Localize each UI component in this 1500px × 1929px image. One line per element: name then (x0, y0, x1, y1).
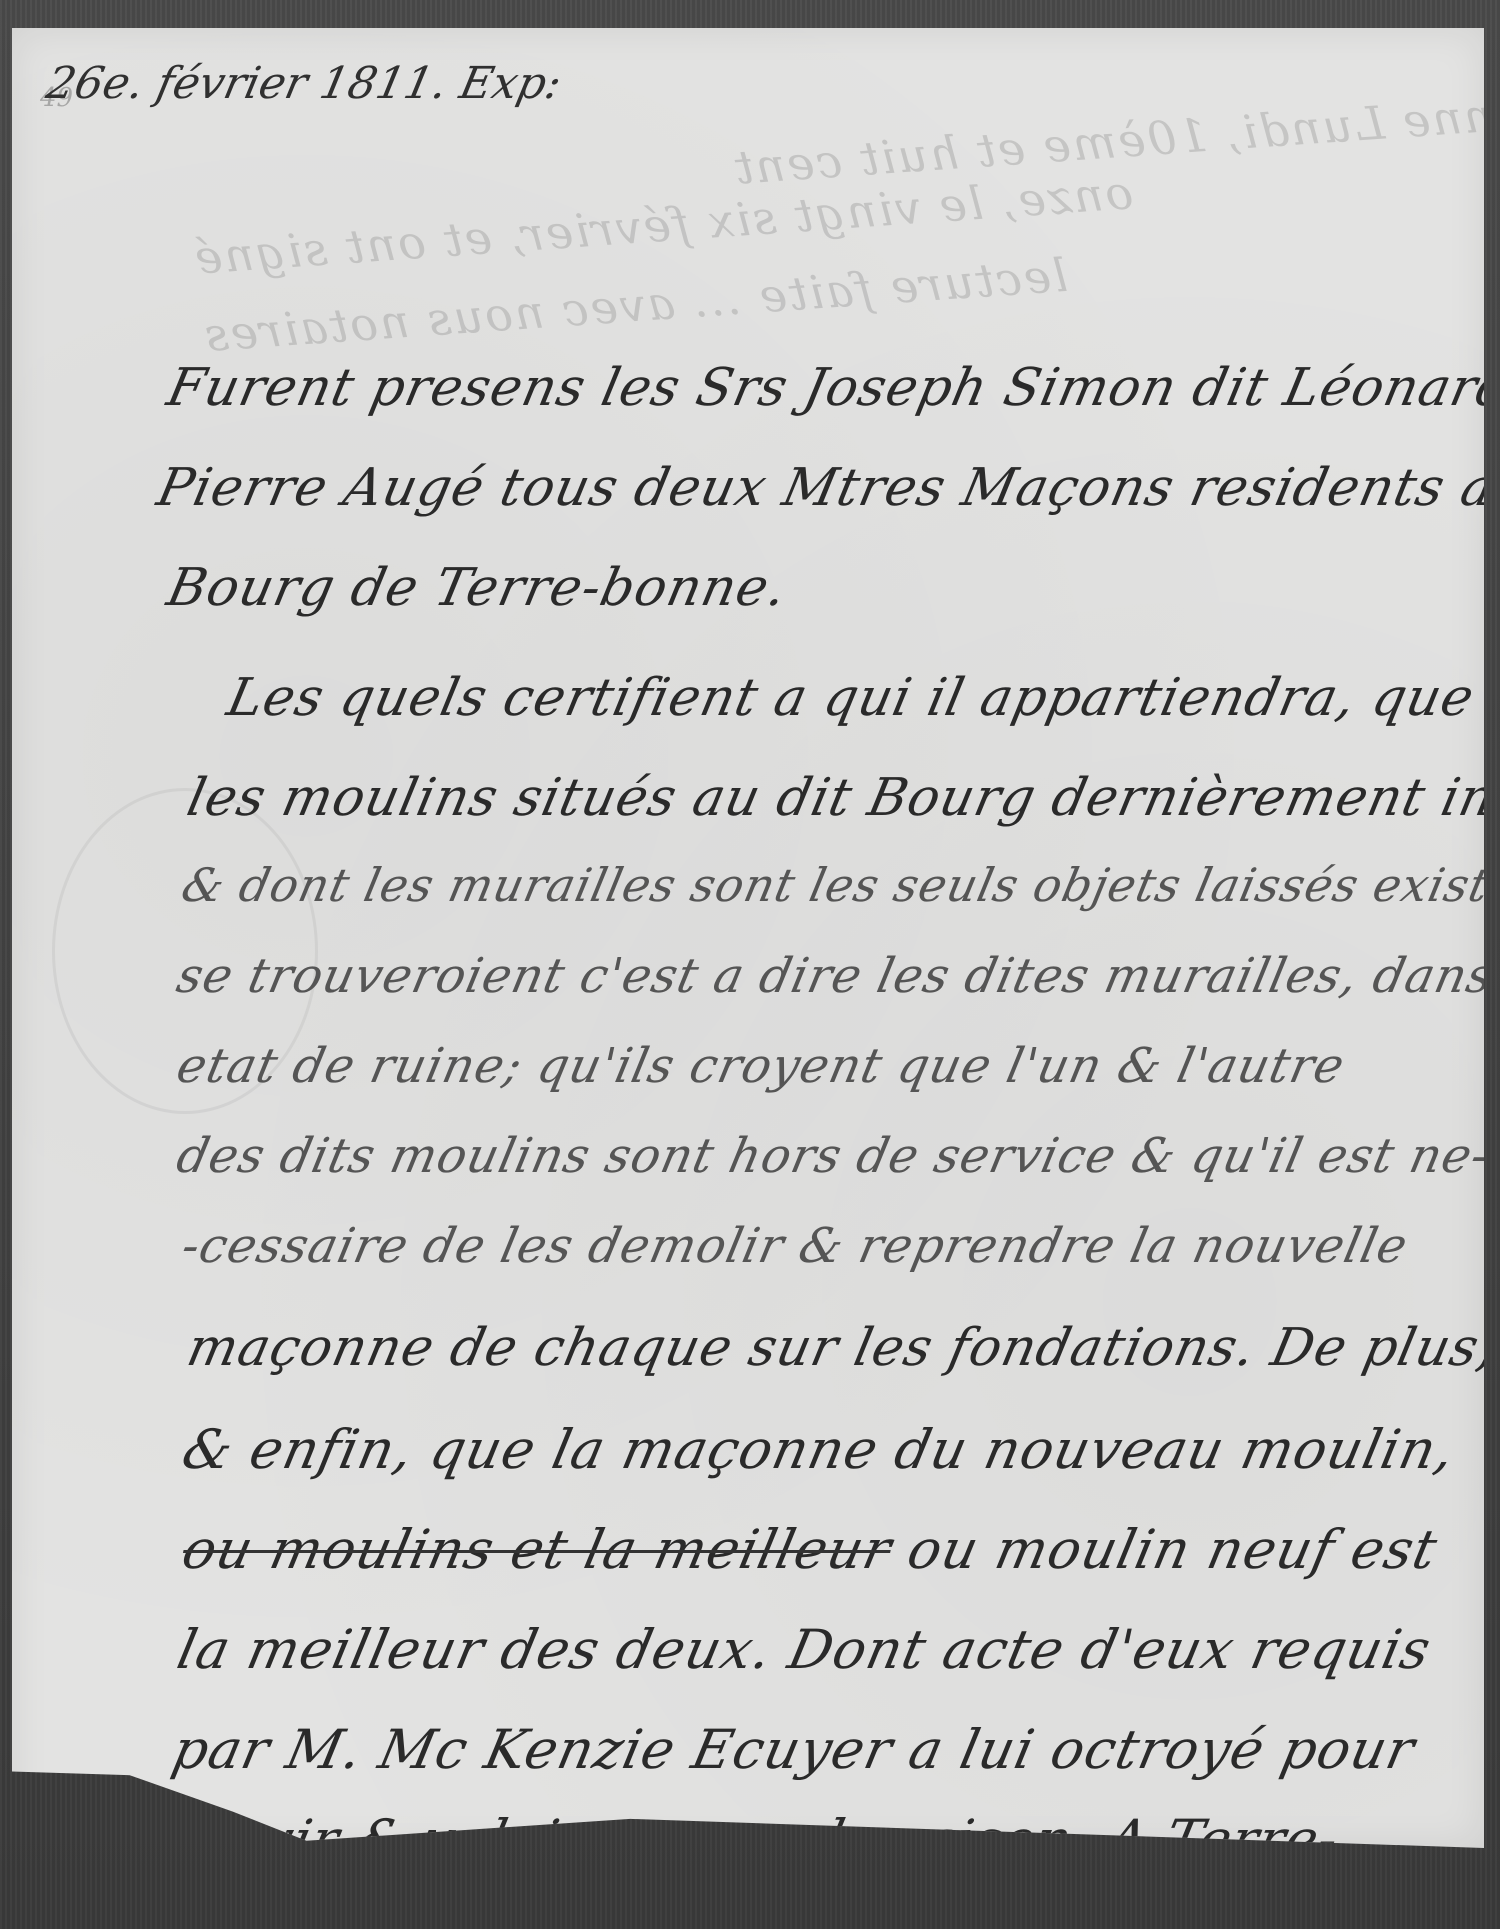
line-text: -cessaire de les demolir & reprendre la … (177, 1218, 1413, 1274)
line-text: Furent presens les Srs Joseph Simon dit … (162, 358, 1500, 418)
document-page: Une-Bonne Lundi, 10ème et huit cent onze… (12, 28, 1484, 1848)
line-text: & enfin, que la maçonne du nouveau mouli… (177, 1418, 1461, 1481)
line-text: les moulins situés au dit Bourg dernière… (182, 768, 1500, 828)
text-line-6: & dont les murailles sont les seuls obje… (177, 858, 1500, 912)
line-text: des dits moulins sont hors de service & … (172, 1128, 1495, 1184)
line-text: par M. Mc Kenzie Ecuyer a lui octroyé po… (167, 1718, 1421, 1781)
text-line-7: se trouveroient c'est a dire les dites m… (172, 948, 1500, 1004)
text-line-5: les moulins situés au dit Bourg dernière… (182, 768, 1500, 828)
line-text: Les quels certifient a qui il appartiend… (222, 668, 1480, 728)
text-line-1: Furent presens les Srs Joseph Simon dit … (162, 358, 1500, 418)
struck-text: ou moulins et la meilleur (177, 1518, 898, 1581)
line-text: etat de ruine; qu'ils croyent que l'un &… (172, 1038, 1350, 1094)
text-line-13: ou moulins et la meilleur ou moulin neuf… (177, 1518, 1443, 1581)
text-line-10: -cessaire de les demolir & reprendre la … (177, 1218, 1413, 1274)
text-line-14: la meilleur des deux. Dont acte d'eux re… (172, 1618, 1437, 1681)
line-text: la meilleur des deux. Dont acte d'eux re… (172, 1618, 1437, 1681)
text-line-9: des dits moulins sont hors de service & … (172, 1128, 1495, 1184)
line-text: & dont les murailles sont les seuls obje… (177, 858, 1500, 912)
line-text: Bourg de Terre-bonne. (162, 558, 792, 618)
text-line-12: & enfin, que la maçonne du nouveau mouli… (177, 1418, 1461, 1481)
line-text: se trouveroient c'est a dire les dites m… (172, 948, 1500, 1004)
text-line-11: maçonne de chaque sur les fondations. De… (182, 1318, 1500, 1378)
line-text: maçonne de chaque sur les fondations. De… (182, 1318, 1500, 1378)
line-text: ou moulin neuf est (902, 1518, 1443, 1581)
text-line-15: par M. Mc Kenzie Ecuyer a lui octroyé po… (167, 1718, 1421, 1781)
line-text: Pierre Augé tous deux Mtres Maçons resid… (152, 458, 1500, 518)
text-line-3: Bourg de Terre-bonne. (162, 558, 792, 618)
document-date-heading: 26e. février 1811. Exp: (42, 58, 566, 109)
text-line-2: Pierre Augé tous deux Mtres Maçons resid… (152, 458, 1500, 518)
text-line-4: Les quels certifient a qui il appartiend… (222, 668, 1480, 728)
text-line-8: etat de ruine; qu'ils croyent que l'un &… (172, 1038, 1350, 1094)
